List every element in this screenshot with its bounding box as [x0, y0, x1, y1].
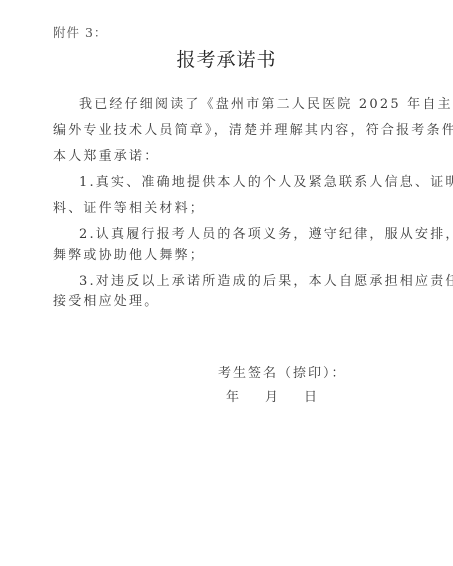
pledge-item-2: 2.认真履行报考人员的各项义务，遵守纪律，服从安排，不	[79, 227, 439, 243]
body-line: 舞弊或协助他人舞弊；	[53, 248, 413, 264]
body-line: 编外专业技术人员简章》，清楚并理解其内容，符合报考条件。	[53, 123, 413, 139]
document-title: 报考承诺书	[0, 45, 453, 72]
attachment-label: 附件 3：	[53, 23, 107, 41]
signature-label: 考生签名（捺印）：	[218, 362, 347, 381]
body-line: 我已经仔细阅读了《盘州市第二人民医院 2025 年自主招聘	[79, 97, 439, 113]
date-year: 年	[226, 386, 239, 405]
pledge-item-3: 3.对违反以上承诺所造成的后果，本人自愿承担相应责任，	[79, 274, 439, 290]
date-month: 月	[265, 386, 278, 405]
body-line: 接受相应处理。	[53, 294, 413, 310]
pledge-item-1: 1.真实、准确地提供本人的个人及紧急联系人信息、证明资	[79, 175, 439, 191]
date-day: 日	[304, 386, 317, 405]
body-line: 本人郑重承诺：	[53, 149, 413, 165]
body-line: 料、证件等相关材料；	[53, 201, 413, 217]
document-page: 附件 3： 报考承诺书 我已经仔细阅读了《盘州市第二人民医院 2025 年自主招…	[0, 0, 453, 566]
date-line: 年 月 日	[226, 386, 317, 405]
